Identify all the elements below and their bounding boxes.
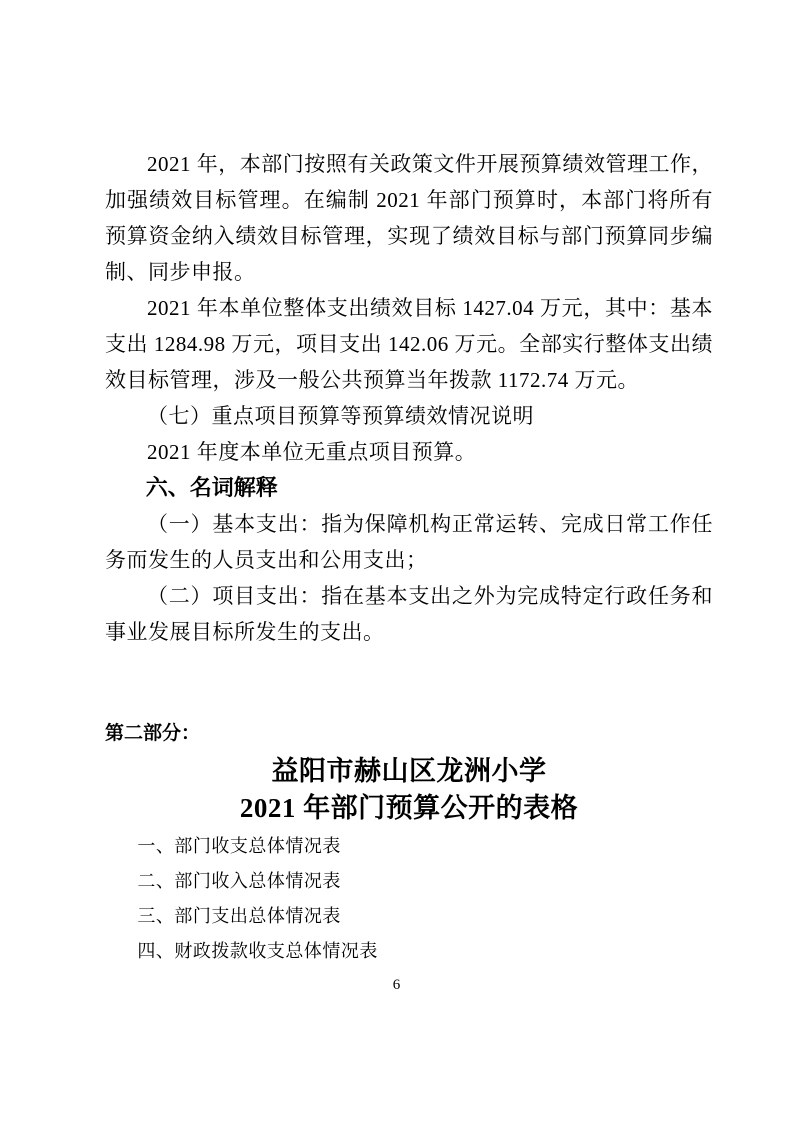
definition-basic-expenditure: （一）基本支出：指为保障机构正常运转、完成日常工作任务而发生的人员支出和公用支出… (105, 506, 713, 578)
paragraph-performance-management: 2021 年，本部门按照有关政策文件开展预算绩效管理工作，加强绩效目标管理。在编… (105, 146, 713, 290)
page-number: 6 (0, 977, 793, 994)
paragraph-no-key-project: 2021 年度本单位无重点项目预算。 (105, 434, 713, 470)
list-item-fiscal-appropriation-overview: 四、财政拨款收支总体情况表 (105, 934, 713, 969)
paragraph-key-project-heading: （七）重点项目预算等预算绩效情况说明 (105, 398, 713, 434)
document-page: 2021 年，本部门按照有关政策文件开展预算绩效管理工作，加强绩效目标管理。在编… (0, 0, 793, 1122)
glossary-heading: 六、名词解释 (105, 470, 713, 506)
paragraph-performance-targets: 2021 年本单位整体支出绩效目标 1427.04 万元，其中：基本支出 128… (105, 290, 713, 398)
page-content: 2021 年，本部门按照有关政策文件开展预算绩效管理工作，加强绩效目标管理。在编… (105, 146, 713, 969)
part2-section-label: 第二部分： (105, 722, 713, 746)
list-item-income-overview: 二、部门收入总体情况表 (105, 864, 713, 899)
list-item-expenditure-overview: 三、部门支出总体情况表 (105, 899, 713, 934)
budget-table-list: 一、部门收支总体情况表 二、部门收入总体情况表 三、部门支出总体情况表 四、财政… (105, 829, 713, 969)
part2-title-budget-tables: 2021 年部门预算公开的表格 (105, 790, 713, 827)
definition-project-expenditure: （二）项目支出：指在基本支出之外为完成特定行政任务和事业发展目标所发生的支出。 (105, 578, 713, 650)
part2-title-school-name: 益阳市赫山区龙洲小学 (105, 753, 713, 790)
list-item-income-expenditure-overview: 一、部门收支总体情况表 (105, 829, 713, 864)
